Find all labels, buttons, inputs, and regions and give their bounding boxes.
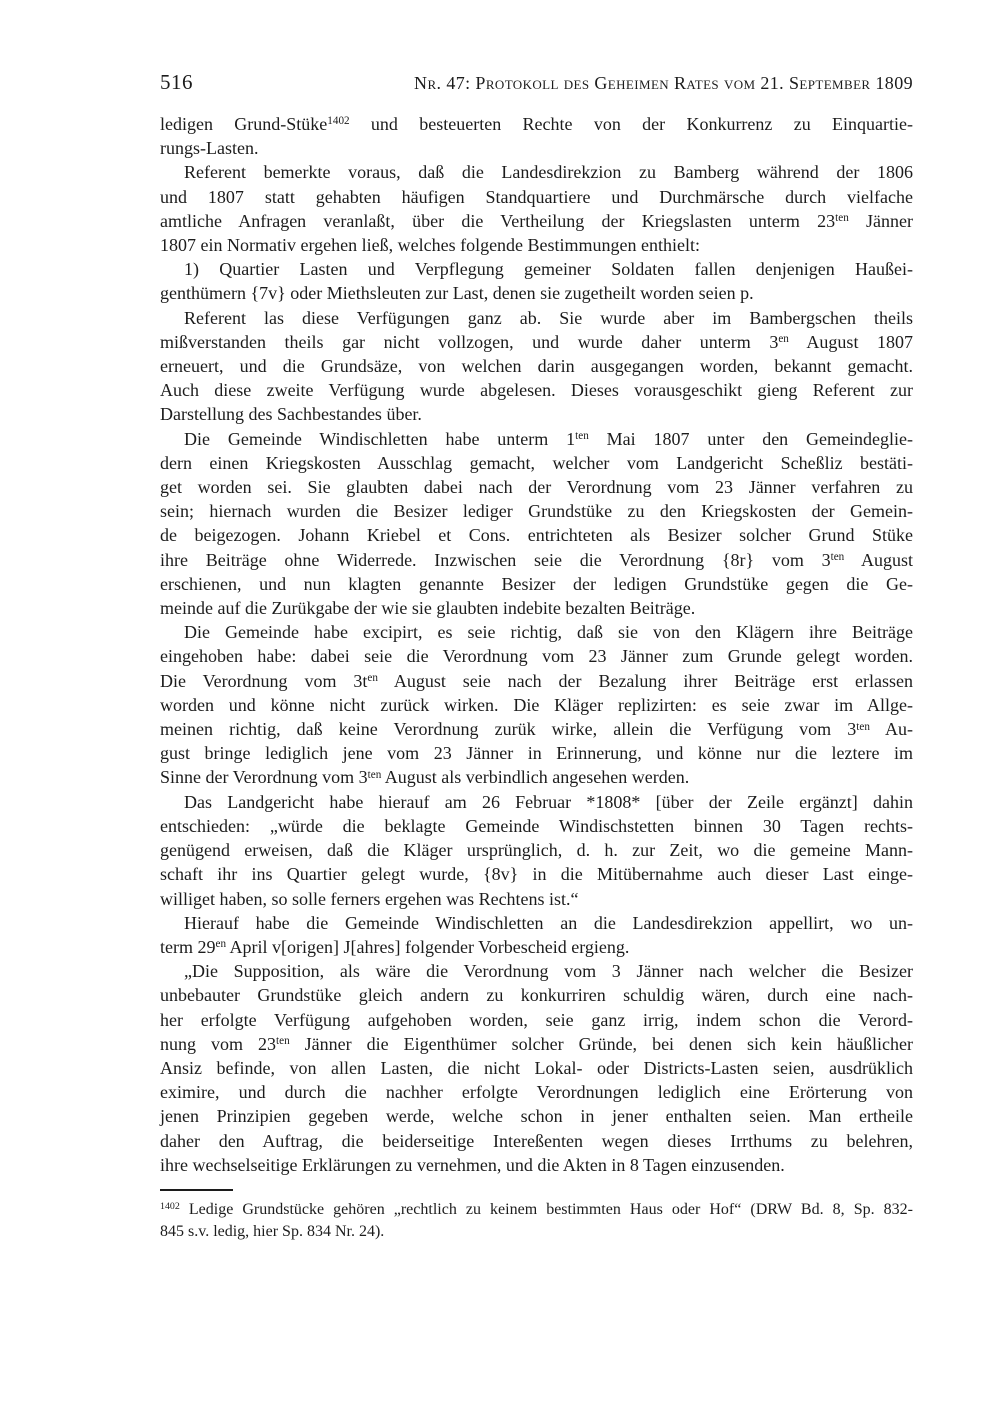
body-line: unbebauter Grundstüke gleich andern zu k… <box>160 983 913 1007</box>
body-line: Hierauf habe die Gemeinde Windischletten… <box>160 911 913 935</box>
body-line: dern einen Kriegskosten Ausschlag gemach… <box>160 451 913 475</box>
page-header: 516 Nr. 47: Protokoll des Geheimen Rates… <box>160 70 913 95</box>
body-line: 1807 ein Normativ ergehen ließ, welches … <box>160 233 913 257</box>
body-line: eximire, und durch die nachher erfolgte … <box>160 1080 913 1104</box>
footnote-block: 1402 Ledige Grundstücke gehören „rechtli… <box>160 1199 913 1243</box>
body-line: Sinne der Verordnung vom 3ten August als… <box>160 765 913 789</box>
body-line: worden und könne nicht zurück wirken. Di… <box>160 693 913 717</box>
body-line: gust bringe lediglich jene vom 23 Jänner… <box>160 741 913 765</box>
body-line: 1) Quartier Lasten und Verpflegung gemei… <box>160 257 913 281</box>
body-line: ledigen Grund-Stüke1402 und besteuerten … <box>160 112 913 136</box>
body-line: sein; hiernach wurden die Besizer ledige… <box>160 499 913 523</box>
body-line: schaft ihr ins Quartier gelegt wurde, {8… <box>160 862 913 886</box>
body-line: get worden sei. Sie glaubten dabei nach … <box>160 475 913 499</box>
body-line: genthümern {7v} oder Miethsleuten zur La… <box>160 281 913 305</box>
body-line: de beigezogen. Johann Kriebel et Cons. e… <box>160 523 913 547</box>
body-line: genügend erweisen, daß die Kläger ursprü… <box>160 838 913 862</box>
footnote-line: 845 s.v. ledig, hier Sp. 834 Nr. 24). <box>160 1221 913 1243</box>
body-line: Ansiz befinde, von allen Lasten, die nic… <box>160 1056 913 1080</box>
body-line: Das Landgericht habe hierauf am 26 Febru… <box>160 790 913 814</box>
page-number: 516 <box>160 70 193 95</box>
body-line: Auch diese zweite Verfügung wurde abgele… <box>160 378 913 402</box>
body-line: Die Verordnung vom 3ten August seie nach… <box>160 669 913 693</box>
body-line: rungs-Lasten. <box>160 136 913 160</box>
body-line: nung vom 23ten Jänner die Eigenthümer so… <box>160 1032 913 1056</box>
body-line: ihre Beiträge ohne Widerrede. Inzwischen… <box>160 548 913 572</box>
body-line: „Die Supposition, als wäre die Verordnun… <box>160 959 913 983</box>
body-line: und 1807 statt gehabten häufigen Standqu… <box>160 185 913 209</box>
body-line: mißverstanden theils gar nicht vollzogen… <box>160 330 913 354</box>
body-line: meinen richtig, daß keine Verordnung zur… <box>160 717 913 741</box>
footnote-line: 1402 Ledige Grundstücke gehören „rechtli… <box>160 1199 913 1221</box>
body-line: jenen Prinzipien gegeben werde, welche s… <box>160 1104 913 1128</box>
body-line: Darstellung des Sachbestandes über. <box>160 402 913 426</box>
body-line: Die Gemeinde habe excipirt, es seie rich… <box>160 620 913 644</box>
body-line: daher den Auftrag, die beiderseitige Int… <box>160 1129 913 1153</box>
body-line: williget haben, so solle ferners ergehen… <box>160 887 913 911</box>
body-line: entschieden: „würde die beklagte Gemeind… <box>160 814 913 838</box>
body-line: Die Gemeinde Windischletten habe unterm … <box>160 427 913 451</box>
body-line: meinde auf die Zurükgabe der wie sie gla… <box>160 596 913 620</box>
body-line: erschienen, und nun klagten genannte Bes… <box>160 572 913 596</box>
body-line: her erfolgte Verfügung aufgehoben worden… <box>160 1008 913 1032</box>
main-text-block: ledigen Grund-Stüke1402 und besteuerten … <box>160 112 913 1177</box>
footnote-separator <box>160 1189 233 1191</box>
book-page: 516 Nr. 47: Protokoll des Geheimen Rates… <box>0 0 1004 1418</box>
body-line: Referent las diese Verfügungen ganz ab. … <box>160 306 913 330</box>
running-head: Nr. 47: Protokoll des Geheimen Rates vom… <box>414 73 913 94</box>
body-line: Referent bemerkte voraus, daß die Landes… <box>160 160 913 184</box>
body-line: eingehoben habe: dabei seie die Verordnu… <box>160 644 913 668</box>
body-line: erneuert, und die Grundsäze, von welchen… <box>160 354 913 378</box>
body-line: amtliche Anfragen veranlaßt, über die Ve… <box>160 209 913 233</box>
body-line: ihre wechselseitige Erklärungen zu verne… <box>160 1153 913 1177</box>
body-line: term 29en April v[origen] J[ahres] folge… <box>160 935 913 959</box>
